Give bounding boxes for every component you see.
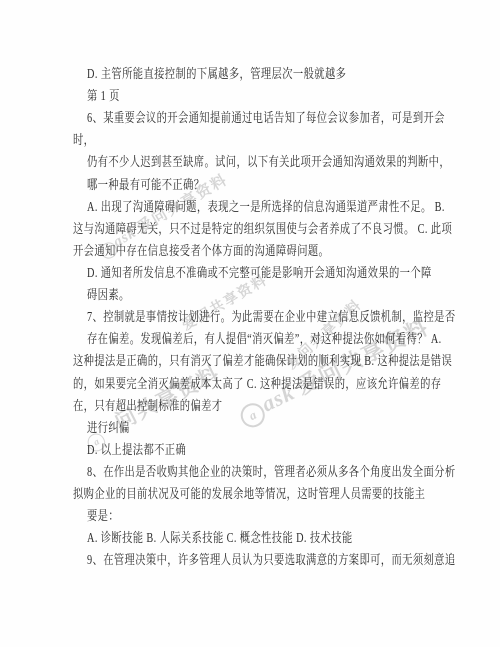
text-line: A. 出现了沟通障碍问题，表现之一是所选择的信息沟通渠道严肃性不足。 B.: [0, 196, 500, 218]
text-line: 时，: [0, 129, 500, 151]
text-line: 拟购企业的目前状况及可能的发展余地等情况，这时管理人员需要的技能主: [0, 483, 500, 505]
text-line: 进行纠偏: [0, 417, 500, 439]
text-line: D. 以上提法都不正确: [0, 439, 500, 461]
text-line: 仍有不少人迟到甚至缺席。试问，以下有关此项开会通知沟通效果的判断中，: [0, 151, 500, 173]
text-line: 9、在管理决策中，许多管理人员认为只要选取满意的方案即可，而无须刻意追: [0, 549, 500, 571]
text-line: 碍因素。: [0, 284, 500, 306]
text-line: 这种提法是正确的，只有消灭了偏差才能确保计划的顺利实现 B. 这种提法是错误: [0, 350, 500, 372]
text-line: 7、控制就是事情按计划进行。为此需要在企业中建立信息反馈机制，监控是否: [0, 306, 500, 328]
text-line: 要是：: [0, 505, 500, 527]
document-page: aask爱问共享资料 爱问共享资料 爱问共享资料 问共享资料 aask爱问共享资…: [0, 0, 500, 647]
text-line: D. 主管所能直接控制的下属越多，管理层次一般就越多: [0, 63, 500, 85]
text-line: 开会通知中存在信息接受者个体方面的沟通障碍问题。: [0, 240, 500, 262]
text-line: 的，如果要完全消灭偏差成本太高了 C. 这种提法是错误的，应该允许偏差的存: [0, 373, 500, 395]
text-line: 这与沟通障碍无关，只不过是特定的组织氛围使与会者养成了不良习惯。 C. 此项: [0, 218, 500, 240]
text-line: 8、在作出是否收购其他企业的决策时，管理者必须从多各个角度出发全面分析: [0, 461, 500, 483]
text-line: 第 1 页: [0, 85, 500, 107]
text-line: 6、某重要会议的开会通知提前通过电话告知了每位会议参加者，可是到开会: [0, 107, 500, 129]
text-line: 在，只有超出控制标准的偏差才: [0, 395, 500, 417]
text-line: A. 诊断技能 B. 人际关系技能 C. 概念性技能 D. 技术技能: [0, 527, 500, 549]
text-line: 哪一种最有可能不正确？: [0, 174, 500, 196]
text-line: 存在偏差。发现偏差后，有人提倡“消灭偏差”，对这种提法你如何看待？ A.: [0, 328, 500, 350]
text-lines: D. 主管所能直接控制的下属越多，管理层次一般就越多第 1 页6、某重要会议的开…: [0, 63, 500, 572]
text-line: D. 通知者所发信息不准确或不完整可能是影响开会通知沟通效果的一个障: [0, 262, 500, 284]
